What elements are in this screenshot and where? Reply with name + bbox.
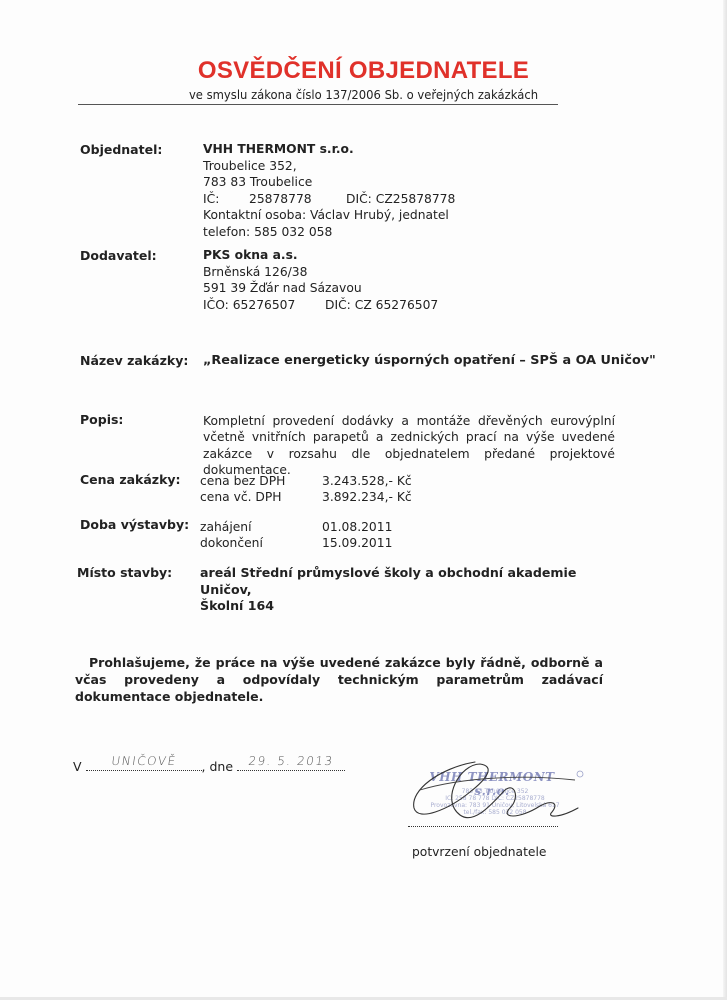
supplier-ico: IČO: 65276507 <box>203 297 325 314</box>
client-block: VHH THERMONT s.r.o. Troubelice 352, 783 … <box>203 141 455 241</box>
duration-row-start: zahájení01.08.2011 <box>200 519 392 535</box>
client-contact: Kontaktní osoba: Václav Hrubý, jednatel <box>203 207 455 224</box>
price-value: 3.892.234,- Kč <box>322 490 412 504</box>
supplier-name: PKS okna a.s. <box>203 247 438 264</box>
document-title: OSVĚDČENÍ OBJEDNATELE <box>0 57 727 85</box>
client-street: Troubelice 352, <box>203 158 455 175</box>
price-label: Cena zakázky: <box>80 472 181 487</box>
client-name: VHH THERMONT s.r.o. <box>203 141 455 158</box>
description-label: Popis: <box>80 412 123 427</box>
place-date-line: V UNIČOVĚ, dne 29. 5. 2013 <box>73 758 345 774</box>
confirmation-label: potvrzení objednatele <box>412 845 546 859</box>
site-line-2: Školní 164 <box>200 598 620 615</box>
title-divider <box>78 104 558 105</box>
confirmation-signature-line <box>408 826 558 827</box>
place-field: UNIČOVĚ <box>86 758 202 771</box>
description-text: Kompletní provedení dodávky a montáže dř… <box>203 413 615 479</box>
company-stamp: VHH THERMONT s.r.o. 783 83 Troubelice 35… <box>400 760 590 830</box>
price-row-net: cena bez DPH3.243.528,- Kč <box>200 473 412 489</box>
duration-name: zahájení <box>200 519 322 535</box>
price-row-gross: cena vč. DPH3.892.234,- Kč <box>200 489 412 505</box>
supplier-street: Brněnská 126/38 <box>203 264 438 281</box>
site-line-1: areál Střední průmyslové školy a obchodn… <box>200 565 620 598</box>
supplier-block: PKS okna a.s. Brněnská 126/38 591 39 Žďá… <box>203 247 438 313</box>
site-address: areál Střední průmyslové školy a obchodn… <box>200 565 620 615</box>
supplier-city: 591 39 Žďár nad Sázavou <box>203 280 438 297</box>
duration-value: 15.09.2011 <box>322 536 392 550</box>
date-handwritten: 29. 5. 2013 <box>236 754 346 768</box>
duration-row-end: dokončení15.09.2011 <box>200 535 392 551</box>
client-dic: DIČ: CZ25878778 <box>346 192 455 206</box>
price-value: 3.243.528,- Kč <box>322 474 412 488</box>
supplier-ids: IČO: 65276507DIČ: CZ 65276507 <box>203 297 438 314</box>
client-ic-label: IČ: <box>203 191 249 208</box>
declaration-text: Prohlašujeme, že práce na výše uvedené z… <box>75 654 603 705</box>
contract-label: Název zakázky: <box>80 353 188 368</box>
duration-label: Doba výstavby: <box>80 517 189 532</box>
supplier-label: Dodavatel: <box>80 248 157 263</box>
client-phone: telefon: 585 032 058 <box>203 224 455 241</box>
duration-name: dokončení <box>200 535 322 551</box>
site-label: Místo stavby: <box>77 565 172 580</box>
date-field: 29. 5. 2013 <box>237 758 345 771</box>
client-label: Objednatel: <box>80 142 162 157</box>
page-edge <box>723 0 727 1000</box>
client-ids: IČ:25878778DIČ: CZ25878778 <box>203 191 455 208</box>
date-prefix: , dne <box>202 759 234 774</box>
place-prefix: V <box>73 759 82 774</box>
handwritten-signature-icon <box>400 760 590 830</box>
contract-name: „Realizace energeticky úsporných opatřen… <box>203 353 656 368</box>
supplier-dic: DIČ: CZ 65276507 <box>325 298 438 312</box>
client-city: 783 83 Troubelice <box>203 174 455 191</box>
price-name: cena bez DPH <box>200 473 322 489</box>
document-subtitle: ve smyslu zákona číslo 137/2006 Sb. o ve… <box>29 87 698 102</box>
place-handwritten: UNIČOVĚ <box>85 754 203 768</box>
client-ic-value: 25878778 <box>249 191 346 208</box>
duration-value: 01.08.2011 <box>322 520 392 534</box>
price-name: cena vč. DPH <box>200 489 322 505</box>
